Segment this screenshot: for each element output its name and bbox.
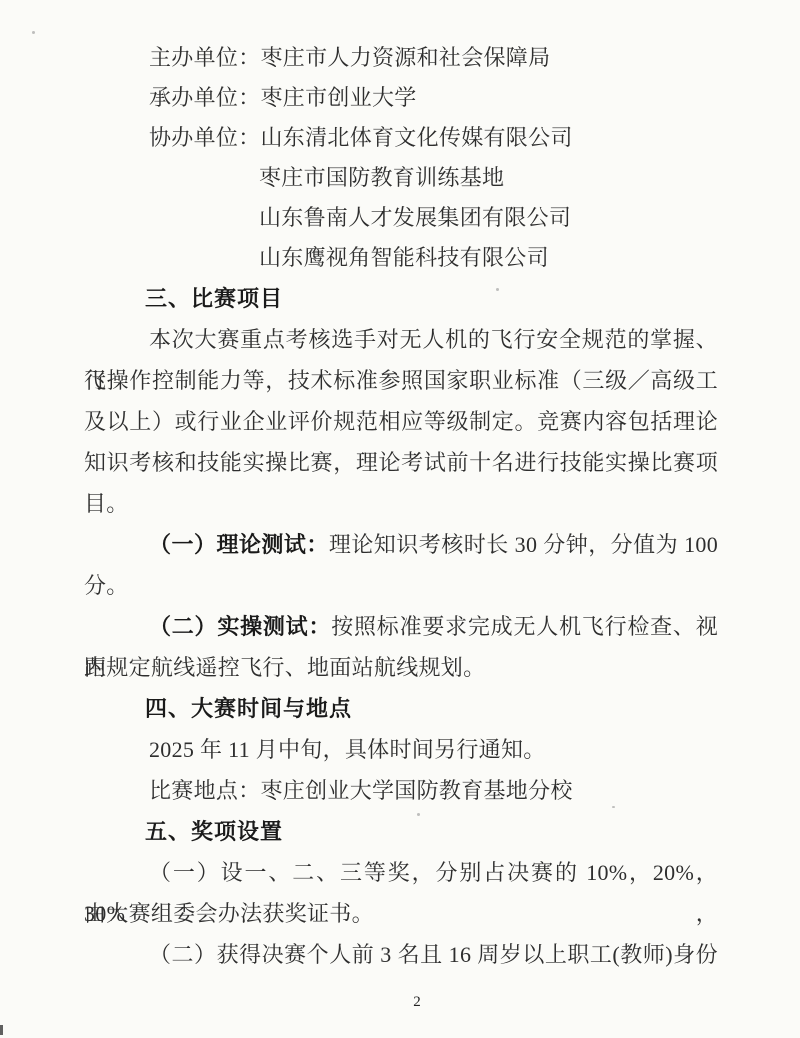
text-run: 承办单位：枣庄市创业大学 [149, 85, 417, 110]
text-run: 分。 [84, 573, 129, 598]
scan-edge-artifact [0, 1025, 3, 1035]
bold-run: （一）理论测试： [149, 532, 329, 557]
text-run: 山东鲁南人才发展集团有限公司 [259, 205, 571, 230]
theory-test-line-2: 分。 [84, 565, 718, 606]
text-run: 山东鹰视角智能科技有限公司 [259, 245, 549, 270]
practical-test-line-1: （二）实操测试：按照标准要求完成无人机飞行检查、视距 [84, 606, 718, 647]
para-competition-line-3: 及以上）或行业企业评价规范相应等级制定。竞赛内容包括理论 [84, 401, 718, 442]
scan-speck [612, 806, 615, 808]
para-competition-line-2: 行操作控制能力等，技术标准参照国家职业标准（三级／高级工 [84, 360, 718, 401]
text-run: （二）获得决赛个人前 3 名且 16 周岁以上职工(教师)身份 [149, 942, 718, 967]
text-run: 目。 [84, 491, 129, 516]
theory-test-line-1: （一）理论测试：理论知识考核时长 30 分钟，分值为 100 [84, 524, 718, 565]
host-unit-line: 主办单位：枣庄市人力资源和社会保障局 [84, 38, 718, 78]
co-organizer-line-1: 协办单位：山东清北体育文化传媒有限公司 [84, 118, 718, 158]
text-run: 知识考核和技能实操比赛，理论考试前十名进行技能实操比赛项 [84, 450, 718, 475]
section-3-heading: 三、比赛项目 [84, 278, 718, 319]
scan-speck [496, 288, 499, 291]
bold-run: （二）实操测试： [149, 614, 331, 639]
bold-run: 四、大赛时间与地点 [145, 696, 352, 721]
co-organizer-line-2: 枣庄市国防教育训练基地 [84, 158, 718, 198]
text-run: 理论知识考核时长 30 分钟，分值为 100 [329, 532, 718, 557]
text-run: 主办单位：枣庄市人力资源和社会保障局 [149, 45, 550, 70]
text-run: 及以上）或行业企业评价规范相应等级制定。竞赛内容包括理论 [84, 409, 718, 434]
co-organizer-line-3: 山东鲁南人才发展集团有限公司 [84, 198, 718, 238]
text-run: 枣庄市国防教育训练基地 [259, 165, 504, 190]
bold-run: 五、奖项设置 [145, 819, 283, 844]
text-run: 比赛地点：枣庄创业大学国防教育基地分校 [149, 778, 573, 803]
para-competition-line-1: 本次大赛重点考核选手对无人机的飞行安全规范的掌握、飞 [84, 319, 718, 360]
document-content: 主办单位：枣庄市人力资源和社会保障局承办单位：枣庄市创业大学协办单位：山东清北体… [84, 38, 718, 975]
para-competition-line-4: 知识考核和技能实操比赛，理论考试前十名进行技能实操比赛项 [84, 442, 718, 483]
text-run: 2025 年 11 月中旬，具体时间另行通知。 [149, 737, 546, 762]
text-run: 由大赛组委会办法获奖证书。 [84, 901, 374, 926]
text-run: 行操作控制能力等，技术标准参照国家职业标准（三级／高级工 [84, 368, 718, 393]
page-number: 2 [0, 992, 800, 1012]
undertaker-unit-line: 承办单位：枣庄市创业大学 [84, 78, 718, 118]
award-line-3: （二）获得决赛个人前 3 名且 16 周岁以上职工(教师)身份 [84, 934, 718, 975]
document-page: 主办单位：枣庄市人力资源和社会保障局承办单位：枣庄市创业大学协办单位：山东清北体… [0, 0, 800, 1038]
para-competition-line-5: 目。 [84, 483, 718, 524]
co-organizer-line-4: 山东鹰视角智能科技有限公司 [84, 238, 718, 278]
scan-speck [417, 813, 420, 816]
section-4-heading: 四、大赛时间与地点 [84, 688, 718, 729]
text-run: 协办单位：山东清北体育文化传媒有限公司 [149, 125, 573, 150]
location-line: 比赛地点：枣庄创业大学国防教育基地分校 [84, 770, 718, 811]
text-run: 内规定航线遥控飞行、地面站航线规划。 [84, 655, 485, 680]
practical-test-line-2: 内规定航线遥控飞行、地面站航线规划。 [84, 647, 718, 688]
section-5-heading: 五、奖项设置 [84, 811, 718, 852]
scan-speck [32, 31, 35, 34]
bold-run: 三、比赛项目 [145, 286, 283, 311]
time-line: 2025 年 11 月中旬，具体时间另行通知。 [84, 729, 718, 770]
award-line-1: （一）设一、二、三等奖，分别占决赛的 10%，20%，30%， [84, 852, 718, 893]
